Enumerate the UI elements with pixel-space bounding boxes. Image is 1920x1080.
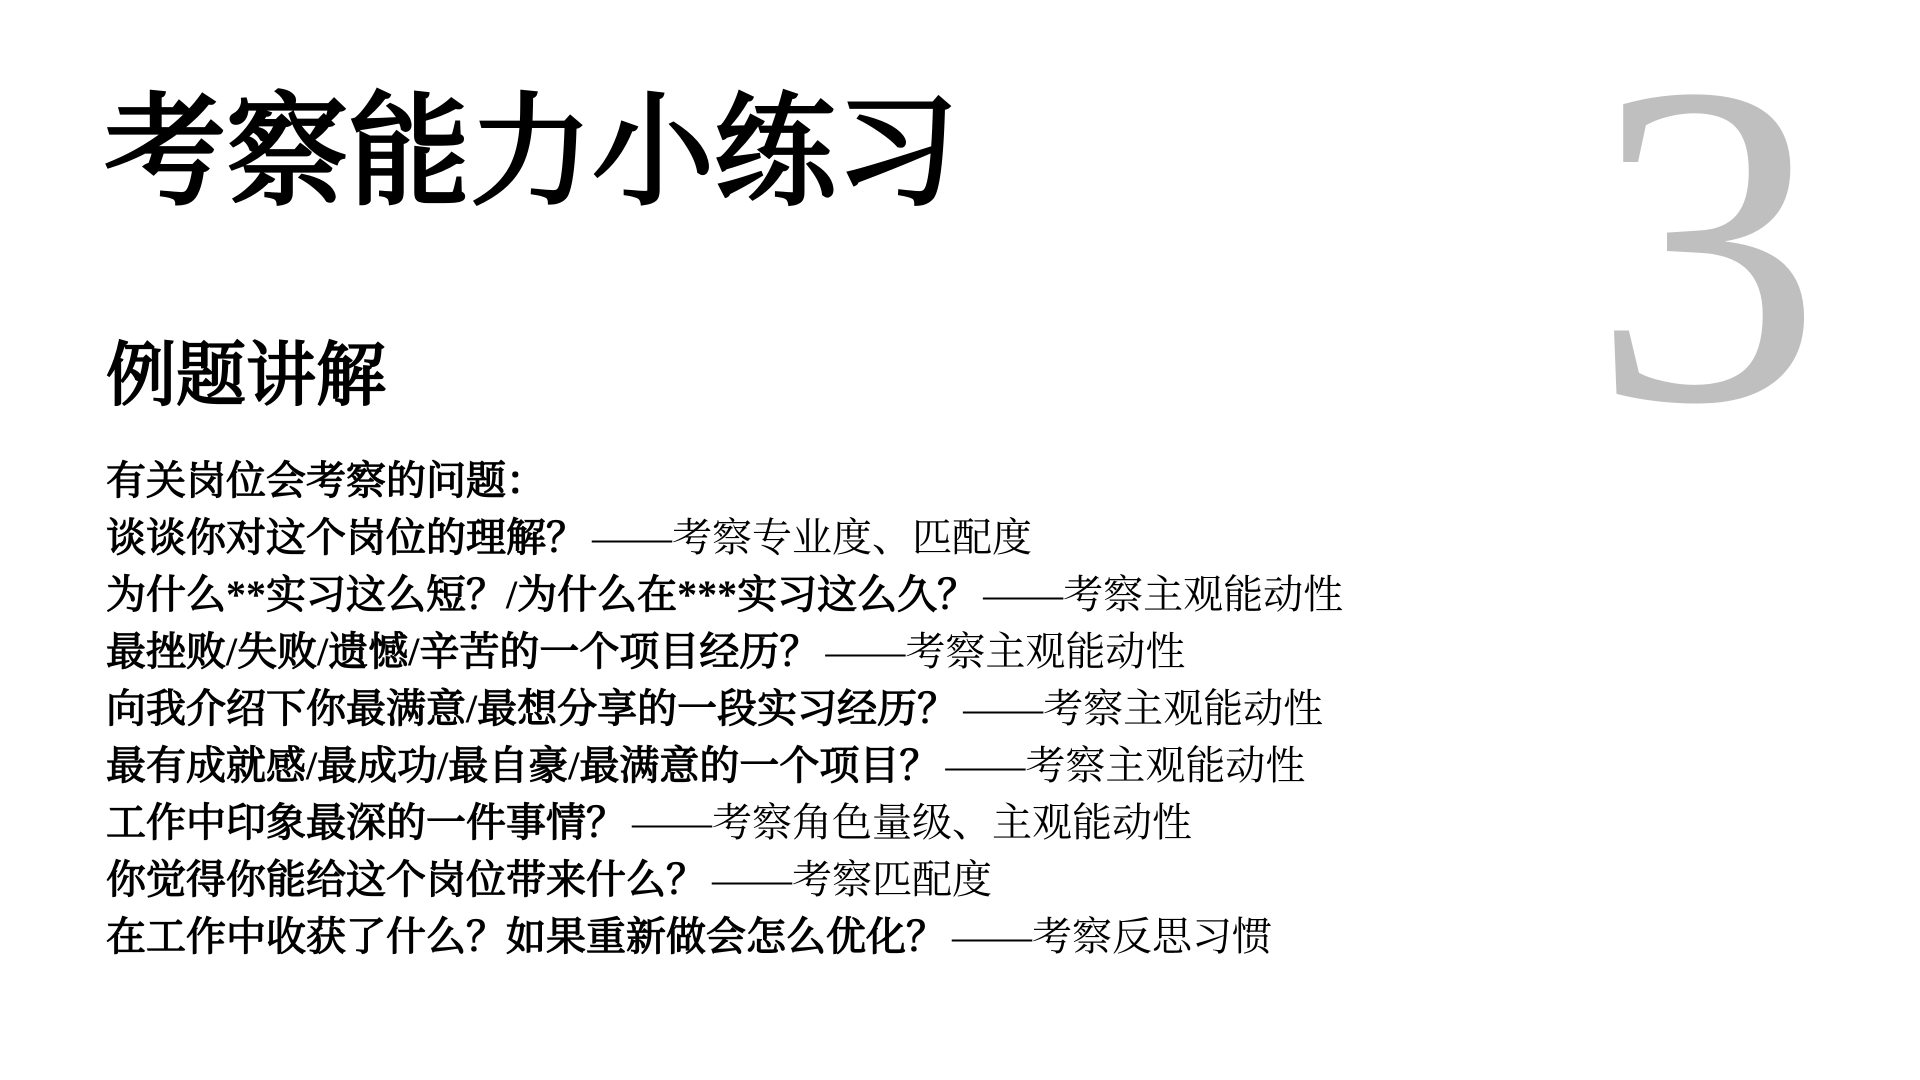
question-answer: ——考察主观能动性: [963, 686, 1323, 731]
question-text: 你觉得你能给这个岗位带来什么？: [106, 857, 706, 902]
question-answer: ——考察主观能动性: [983, 572, 1343, 617]
question-answer: ——考察角色量级、主观能动性: [632, 800, 1192, 845]
slide: 考察能力小练习 3 例题讲解 有关岗位会考察的问题： 谈谈你对这个岗位的理解？—…: [0, 0, 1920, 1080]
question-text: 工作中印象最深的一件事情？: [106, 800, 626, 845]
slide-title: 考察能力小练习: [104, 84, 958, 224]
question-row: 最挫败/失败/遗憾/辛苦的一个项目经历？——考察主观能动性: [106, 623, 1343, 680]
page-number: 3: [1592, 14, 1822, 474]
question-row: 为什么**实习这么短？/为什么在***实习这么久？——考察主观能动性: [106, 566, 1343, 623]
question-list: 有关岗位会考察的问题： 谈谈你对这个岗位的理解？——考察专业度、匹配度 为什么*…: [106, 452, 1343, 965]
section-subtitle: 例题讲解: [106, 338, 386, 415]
question-row: 你觉得你能给这个岗位带来什么？——考察匹配度: [106, 851, 1343, 908]
intro-line: 有关岗位会考察的问题：: [106, 452, 1343, 509]
question-row: 最有成就感/最成功/最自豪/最满意的一个项目？——考察主观能动性: [106, 737, 1343, 794]
question-text: 在工作中收获了什么？如果重新做会怎么优化？: [106, 914, 946, 959]
question-text: 最有成就感/最成功/最自豪/最满意的一个项目？: [106, 743, 939, 788]
question-answer: ——考察匹配度: [712, 857, 992, 902]
question-row: 工作中印象最深的一件事情？——考察角色量级、主观能动性: [106, 794, 1343, 851]
question-text: 谈谈你对这个岗位的理解？: [106, 515, 586, 560]
question-row: 向我介绍下你最满意/最想分享的一段实习经历？——考察主观能动性: [106, 680, 1343, 737]
question-row: 谈谈你对这个岗位的理解？——考察专业度、匹配度: [106, 509, 1343, 566]
question-answer: ——考察主观能动性: [945, 743, 1305, 788]
question-answer: ——考察主观能动性: [825, 629, 1185, 674]
question-row: 在工作中收获了什么？如果重新做会怎么优化？——考察反思习惯: [106, 908, 1343, 965]
question-text: 向我介绍下你最满意/最想分享的一段实习经历？: [106, 686, 957, 731]
question-answer: ——考察反思习惯: [952, 914, 1272, 959]
question-text: 为什么**实习这么短？/为什么在***实习这么久？: [106, 572, 977, 617]
question-text: 最挫败/失败/遗憾/辛苦的一个项目经历？: [106, 629, 819, 674]
question-answer: ——考察专业度、匹配度: [592, 515, 1032, 560]
